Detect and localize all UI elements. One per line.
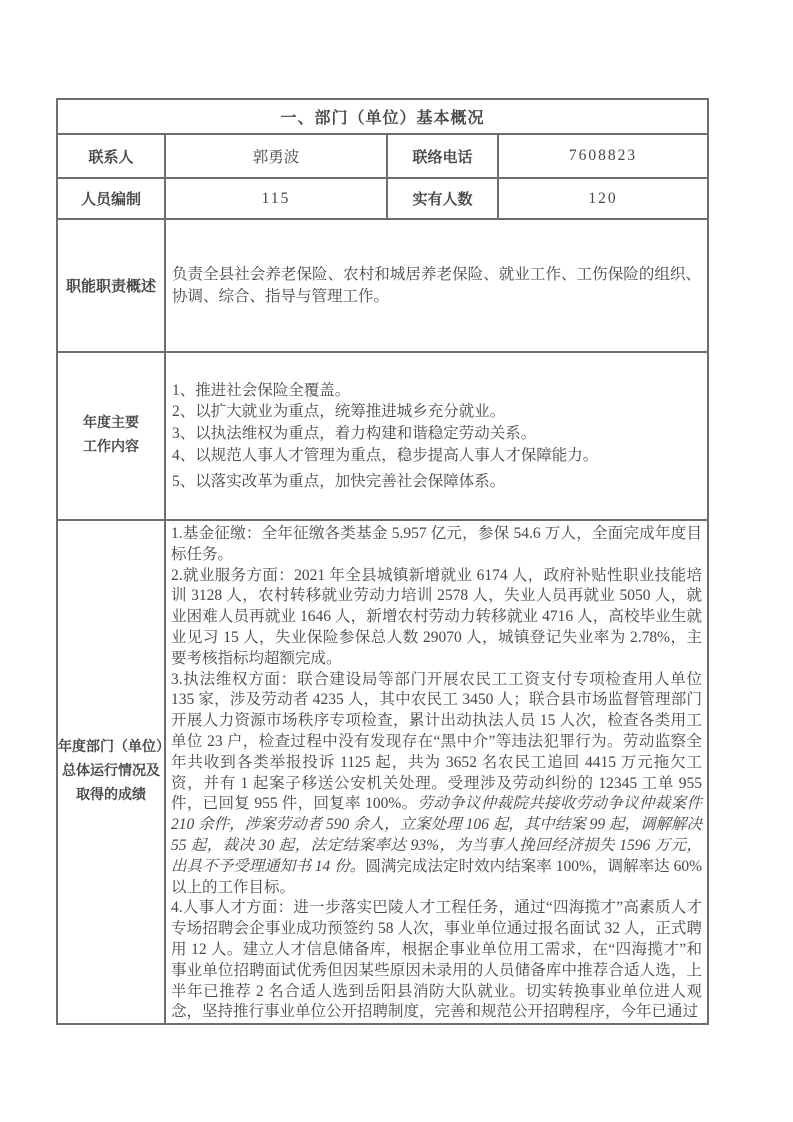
text-line: 4、以规范人事人才管理为重点，稳步提高人事人才保障能力。 — [172, 445, 701, 467]
contact-phone-value: 7608823 — [498, 134, 708, 178]
performance-run: 3.执法维权方面：联合建设局等部门开展农民工工资支付专项检查用人单位 135 家… — [171, 671, 702, 813]
overview-table: 一、部门（单位）基本概况 联系人 郭勇波 联络电话 7608823 人员编制 1… — [56, 98, 709, 1025]
contact-phone-label: 联络电话 — [387, 134, 498, 178]
performance-paragraph: 3.执法维权方面：联合建设局等部门开展农民工工资支付专项检查用人单位 135 家… — [171, 670, 702, 899]
performance-content: 1.基金征缴：全年征缴各类基金 5.957 亿元，参保 54.6 万人，全面完成… — [166, 521, 707, 1023]
text-line: 工作内容 — [58, 436, 164, 460]
performance-paragraph: 1.基金征缴：全年征缴各类基金 5.957 亿元，参保 54.6 万人，全面完成… — [171, 524, 702, 566]
contact-person-value: 郭勇波 — [165, 134, 387, 178]
staff-actual-value: 120 — [498, 178, 708, 219]
performance-label: 年度部门（单位）总体运行情况及取得的成绩 — [57, 520, 165, 1024]
text-line: 2、以扩大就业为重点，统筹推进城乡充分就业。 — [172, 401, 701, 423]
contact-person-label: 联系人 — [57, 134, 165, 178]
performance-run: 2.就业服务方面：2021 年全县城镇新增就业 6174 人，政府补贴性职业技能… — [171, 567, 702, 667]
text-line: 5、以落实改革为重点，加快完善社会保障体系。 — [172, 471, 701, 493]
text-line: 年度部门（单位） — [58, 736, 164, 760]
performance-run: 4.人事人才方面：进一步落实巴陵人才工程任务，通过“四海揽才”高素质人才专场招聘… — [171, 899, 702, 1020]
staff-actual-label: 实有人数 — [387, 178, 498, 219]
duties-label: 职能职责概述 — [57, 219, 165, 352]
text-line: 1、推进社会保险全覆盖。 — [172, 380, 701, 402]
section-title: 一、部门（单位）基本概况 — [57, 99, 708, 134]
annual-work-label: 年度主要工作内容 — [57, 352, 165, 520]
staff-quota-value: 115 — [165, 178, 387, 219]
performance-run: 1.基金征缴：全年征缴各类基金 5.957 亿元，参保 54.6 万人，全面完成… — [171, 525, 702, 563]
performance-cell: 1.基金征缴：全年征缴各类基金 5.957 亿元，参保 54.6 万人，全面完成… — [165, 520, 708, 1024]
performance-paragraph: 4.人事人才方面：进一步落实巴陵人才工程任务，通过“四海揽才”高素质人才专场招聘… — [171, 898, 702, 1023]
annual-work-items: 1、推进社会保险全覆盖。2、以扩大就业为重点，统筹推进城乡充分就业。3、以执法维… — [166, 376, 707, 497]
duties-cell: 负责全县社会养老保险、农村和城居养老保险、就业工作、工伤保险的组织、协调、综合、… — [165, 219, 708, 352]
text-line: 取得的成绩 — [58, 784, 164, 808]
annual-work-cell: 1、推进社会保险全覆盖。2、以扩大就业为重点，统筹推进城乡充分就业。3、以执法维… — [165, 352, 708, 520]
document-page: 一、部门（单位）基本概况 联系人 郭勇波 联络电话 7608823 人员编制 1… — [0, 0, 793, 1122]
text-line: 年度主要 — [58, 412, 164, 436]
staff-quota-label: 人员编制 — [57, 178, 165, 219]
text-line: 3、以执法维权为重点，着力构建和谐稳定劳动关系。 — [172, 423, 701, 445]
text-line: 总体运行情况及 — [58, 760, 164, 784]
duties-content: 负责全县社会养老保险、农村和城居养老保险、就业工作、工伤保险的组织、协调、综合、… — [166, 258, 707, 314]
performance-paragraph: 2.就业服务方面：2021 年全县城镇新增就业 6174 人，政府补贴性职业技能… — [171, 566, 702, 670]
